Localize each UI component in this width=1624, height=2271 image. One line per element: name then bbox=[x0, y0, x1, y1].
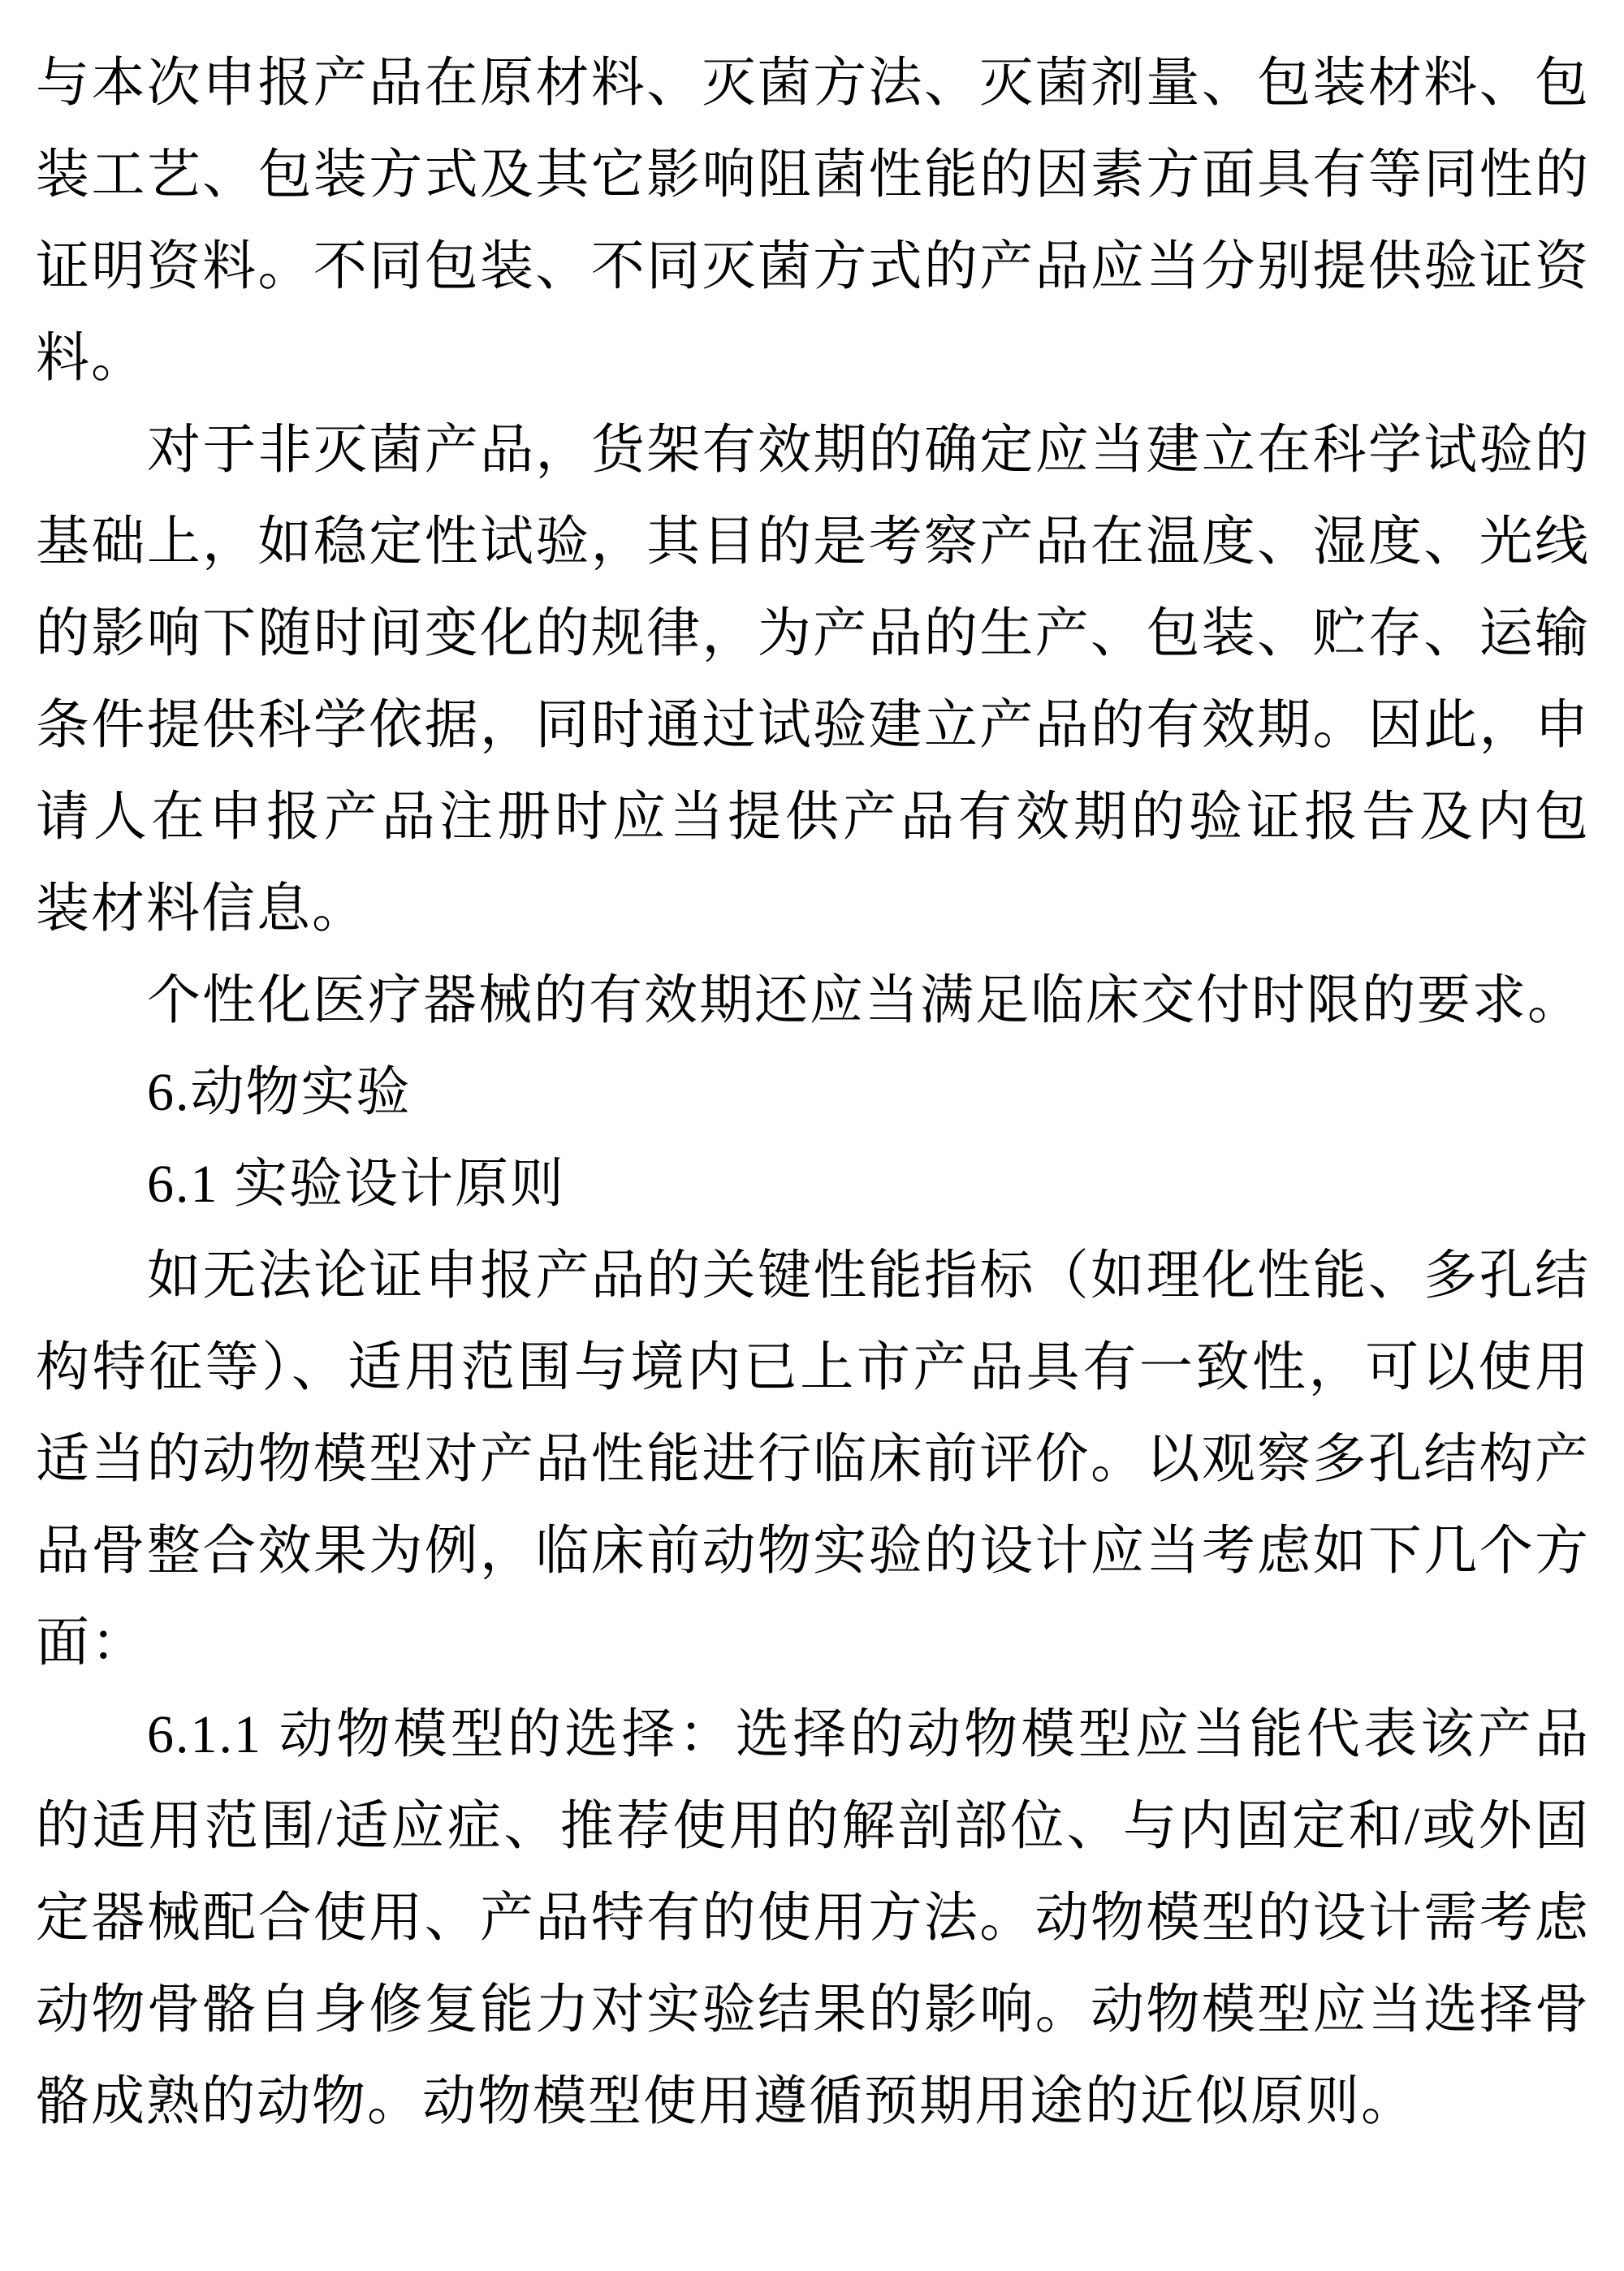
text-line: 适当的动物模型对产品性能进行临床前评价。以观察多孔结构产 bbox=[36, 1414, 1590, 1505]
text-line: 品骨整合效果为例，临床前动物实验的设计应当考虑如下几个方 bbox=[36, 1505, 1590, 1597]
section-heading: 6.动物实验 bbox=[36, 1047, 1590, 1138]
text-line: 请人在申报产品注册时应当提供产品有效期的验证报告及内包 bbox=[36, 771, 1590, 863]
text-line: 面： bbox=[36, 1597, 1590, 1689]
text-line: 基础上，如稳定性试验，其目的是考察产品在温度、湿度、光线 bbox=[36, 496, 1590, 588]
text-line: 构特征等）、适用范围与境内已上市产品具有一致性，可以使用 bbox=[36, 1322, 1590, 1414]
text-line: 个性化医疗器械的有效期还应当满足临床交付时限的要求。 bbox=[36, 955, 1590, 1047]
text-line: 装材料信息。 bbox=[36, 863, 1590, 955]
text-line: 6.1.1 动物模型的选择：选择的动物模型应当能代表该产品 bbox=[36, 1689, 1590, 1781]
text-line: 装工艺、包装方式及其它影响阻菌性能的因素方面具有等同性的 bbox=[36, 129, 1590, 221]
text-line: 条件提供科学依据，同时通过试验建立产品的有效期。因此，申 bbox=[36, 680, 1590, 771]
section-heading: 6.1 实验设计原则 bbox=[36, 1138, 1590, 1230]
text-line: 骼成熟的动物。动物模型使用遵循预期用途的近似原则。 bbox=[36, 2056, 1590, 2148]
text-line: 动物骨骼自身修复能力对实验结果的影响。动物模型应当选择骨 bbox=[36, 1964, 1590, 2056]
text-line: 证明资料。不同包装、不同灭菌方式的产品应当分别提供验证资 bbox=[36, 221, 1590, 313]
text-line: 与本次申报产品在原材料、灭菌方法、灭菌剂量、包装材料、包 bbox=[36, 37, 1590, 129]
text-line: 的适用范围/适应症、推荐使用的解剖部位、与内固定和/或外固 bbox=[36, 1781, 1590, 1872]
text-line: 的影响下随时间变化的规律，为产品的生产、包装、贮存、运输 bbox=[36, 588, 1590, 680]
document-page: 与本次申报产品在原材料、灭菌方法、灭菌剂量、包装材料、包 装工艺、包装方式及其它… bbox=[0, 0, 1624, 2271]
text-line: 如无法论证申报产品的关键性能指标（如理化性能、多孔结 bbox=[36, 1230, 1590, 1322]
text-line: 对于非灭菌产品，货架有效期的确定应当建立在科学试验的 bbox=[36, 404, 1590, 496]
text-line: 定器械配合使用、产品特有的使用方法。动物模型的设计需考虑 bbox=[36, 1872, 1590, 1964]
text-line: 料。 bbox=[36, 313, 1590, 404]
